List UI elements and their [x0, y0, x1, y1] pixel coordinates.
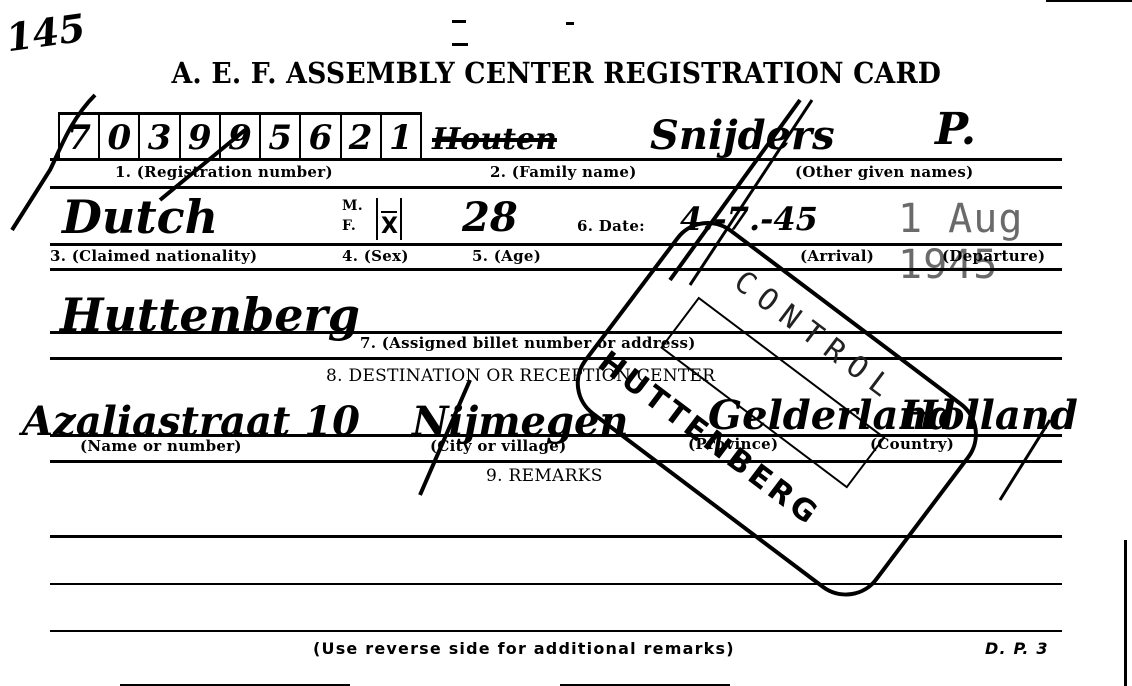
pen-strokes [0, 0, 1132, 686]
